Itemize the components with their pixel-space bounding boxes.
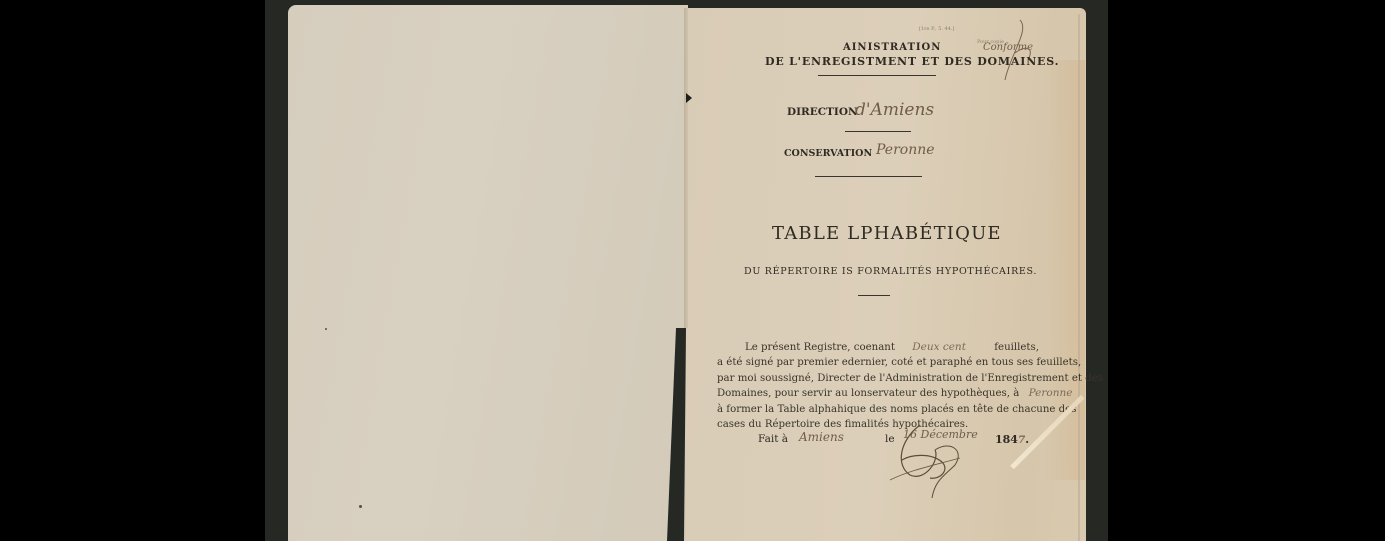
document-title: TABLE LPHABÉTIQUE: [772, 223, 1002, 244]
printed-reference: [1re P., 5. 44.]: [919, 26, 954, 32]
handwritten-flourish: [990, 15, 1040, 85]
binding-fold: [684, 8, 688, 328]
header-rule: [818, 75, 936, 76]
left-blank-page: [288, 5, 688, 541]
title-rule: [858, 295, 890, 296]
header-line-1: AINISTRATION: [843, 42, 941, 53]
direction-label: DIRECTION: [787, 106, 858, 118]
paper-speck: [325, 328, 327, 330]
signature: [880, 420, 970, 505]
body-line-2: a été signé par premier edernier, coté e…: [717, 355, 1039, 370]
direction-handwritten: d'Amiens: [855, 100, 934, 120]
body-line-4: Domaines, pour servir au lonservateur de…: [717, 386, 1039, 401]
year: 1847.: [995, 433, 1029, 446]
conservation-rule: [815, 176, 922, 177]
conservation-handwritten: Peronne: [876, 142, 935, 158]
header-line-2: DE L'ENREGISTMENT ET DES DOMAINES.: [765, 55, 1059, 68]
body-line-6: cases du Répertoire des fimalités hypoth…: [717, 417, 1039, 432]
certification-paragraph: Le présent Registre, coenant Deux cent f…: [717, 340, 1039, 432]
paper-speck: [359, 505, 362, 508]
handwritten-page-count: Deux cent: [912, 341, 966, 353]
body-line-1: Le présent Registre, coenant Deux cent f…: [717, 340, 1039, 355]
fait-handwritten-city: Amiens: [799, 430, 844, 444]
direction-rule: [845, 131, 911, 132]
body-line-5: à former la Table alphahique des noms pl…: [717, 402, 1039, 417]
document-subtitle: DU RÉPERTOIRE IS FORMALITÉS HYPOTHÉCAIRE…: [744, 266, 1037, 277]
handwritten-place: Peronne: [1029, 387, 1073, 399]
body-line-3: par moi soussigné, Directer de l'Adminis…: [717, 371, 1039, 386]
conservation-label: CONSERVATION: [784, 148, 872, 159]
fait-label: Fait à: [758, 433, 788, 445]
page-edge: [1078, 14, 1080, 541]
